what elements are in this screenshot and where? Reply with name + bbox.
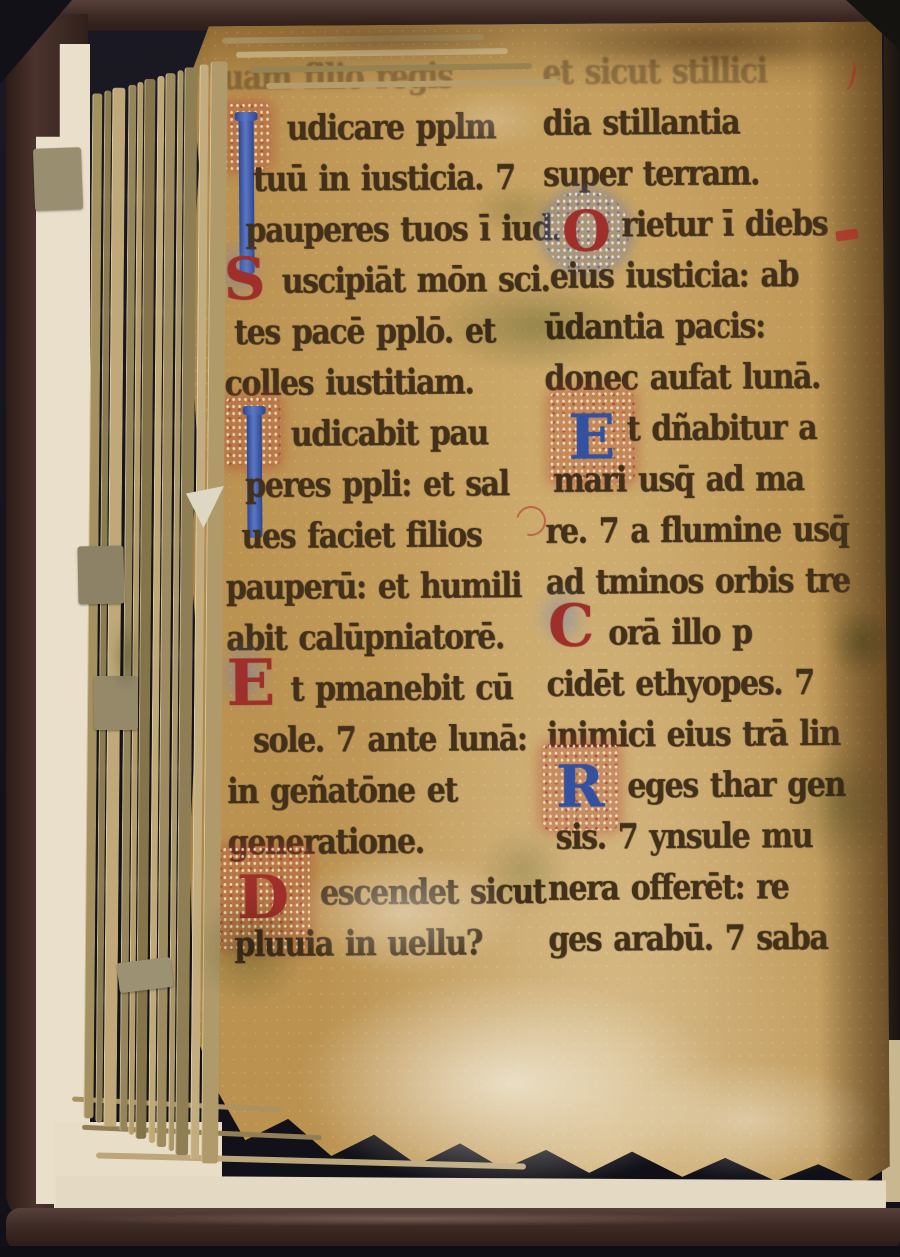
text-line: orā illo p bbox=[546, 612, 864, 665]
line-text: rietur ī diebs bbox=[621, 204, 827, 245]
leather-highlight bbox=[60, 1212, 760, 1226]
line-text: uam filio regis bbox=[222, 57, 452, 99]
text-line: udicabit pau bbox=[225, 413, 545, 466]
stain-green bbox=[788, 742, 893, 867]
line-text: nera offerēt: re bbox=[548, 867, 789, 909]
line-text: pauperū: et humili bbox=[226, 566, 521, 608]
line-text: in geñatōne et bbox=[227, 771, 457, 813]
text-line: mari usq̄ ad ma bbox=[545, 459, 863, 512]
line-text: tuū in iusticia. 7 bbox=[253, 158, 515, 200]
stain-dark bbox=[250, 18, 520, 60]
manuscript-photo: uam filio regisudicare pplmtuū in iustic… bbox=[0, 0, 900, 1257]
line-text: sole. 7 ante lunā: bbox=[253, 719, 527, 761]
line-text: ues faciet filios bbox=[241, 515, 481, 557]
text-line: t dñabitur a bbox=[545, 408, 863, 461]
line-text: t dñabitur a bbox=[627, 408, 817, 449]
line-text: sis. 7 ynsule mu bbox=[555, 816, 812, 858]
fore-edge-tab bbox=[33, 147, 83, 211]
stain-white bbox=[430, 90, 550, 150]
text-line: in geñatōne et bbox=[227, 770, 547, 823]
line-text: re. 7 a flumine usq̄ bbox=[545, 510, 848, 552]
text-line: ues faciet filios bbox=[225, 515, 545, 568]
text-line: sole. 7 ante lunā: bbox=[227, 719, 547, 772]
text-line: peres ppli: et sal bbox=[225, 464, 545, 517]
line-text: cidēt ethyopes. 7 bbox=[546, 663, 813, 705]
text-line: t pmanebit cū bbox=[226, 668, 546, 721]
stain-white bbox=[285, 850, 520, 975]
text-line: ges arabū. 7 saba bbox=[548, 918, 866, 971]
stain-green bbox=[828, 606, 892, 678]
text-line: dia stillantia bbox=[542, 102, 860, 155]
text-line: nera offerēt: re bbox=[548, 867, 866, 920]
backdrop-bottom bbox=[0, 1246, 900, 1257]
stain-dark bbox=[540, 18, 880, 70]
line-text: super terram. bbox=[543, 153, 759, 194]
text-line: pauperū: et humili bbox=[226, 566, 546, 619]
line-text: mari usq̄ ad ma bbox=[553, 459, 804, 501]
line-text: peres ppli: et sal bbox=[245, 464, 509, 506]
text-line: re. 7 a flumine usq̄ bbox=[545, 510, 863, 563]
line-text: ges arabū. 7 saba bbox=[548, 918, 827, 960]
stain-green bbox=[110, 620, 142, 692]
fore-edge-tab bbox=[77, 546, 124, 605]
line-text: orā illo p bbox=[608, 612, 752, 653]
stain-green bbox=[430, 278, 645, 373]
line-text: t pmanebit cū bbox=[290, 668, 512, 709]
text-line: rietur ī diebs bbox=[543, 204, 861, 257]
stain-green bbox=[468, 183, 563, 238]
stain-white bbox=[620, 1060, 880, 1180]
line-text: udicabit pau bbox=[291, 413, 488, 454]
text-line: cidēt ethyopes. 7 bbox=[546, 663, 864, 716]
flyleaf-left bbox=[36, 44, 90, 1204]
line-text: dia stillantia bbox=[542, 103, 739, 144]
